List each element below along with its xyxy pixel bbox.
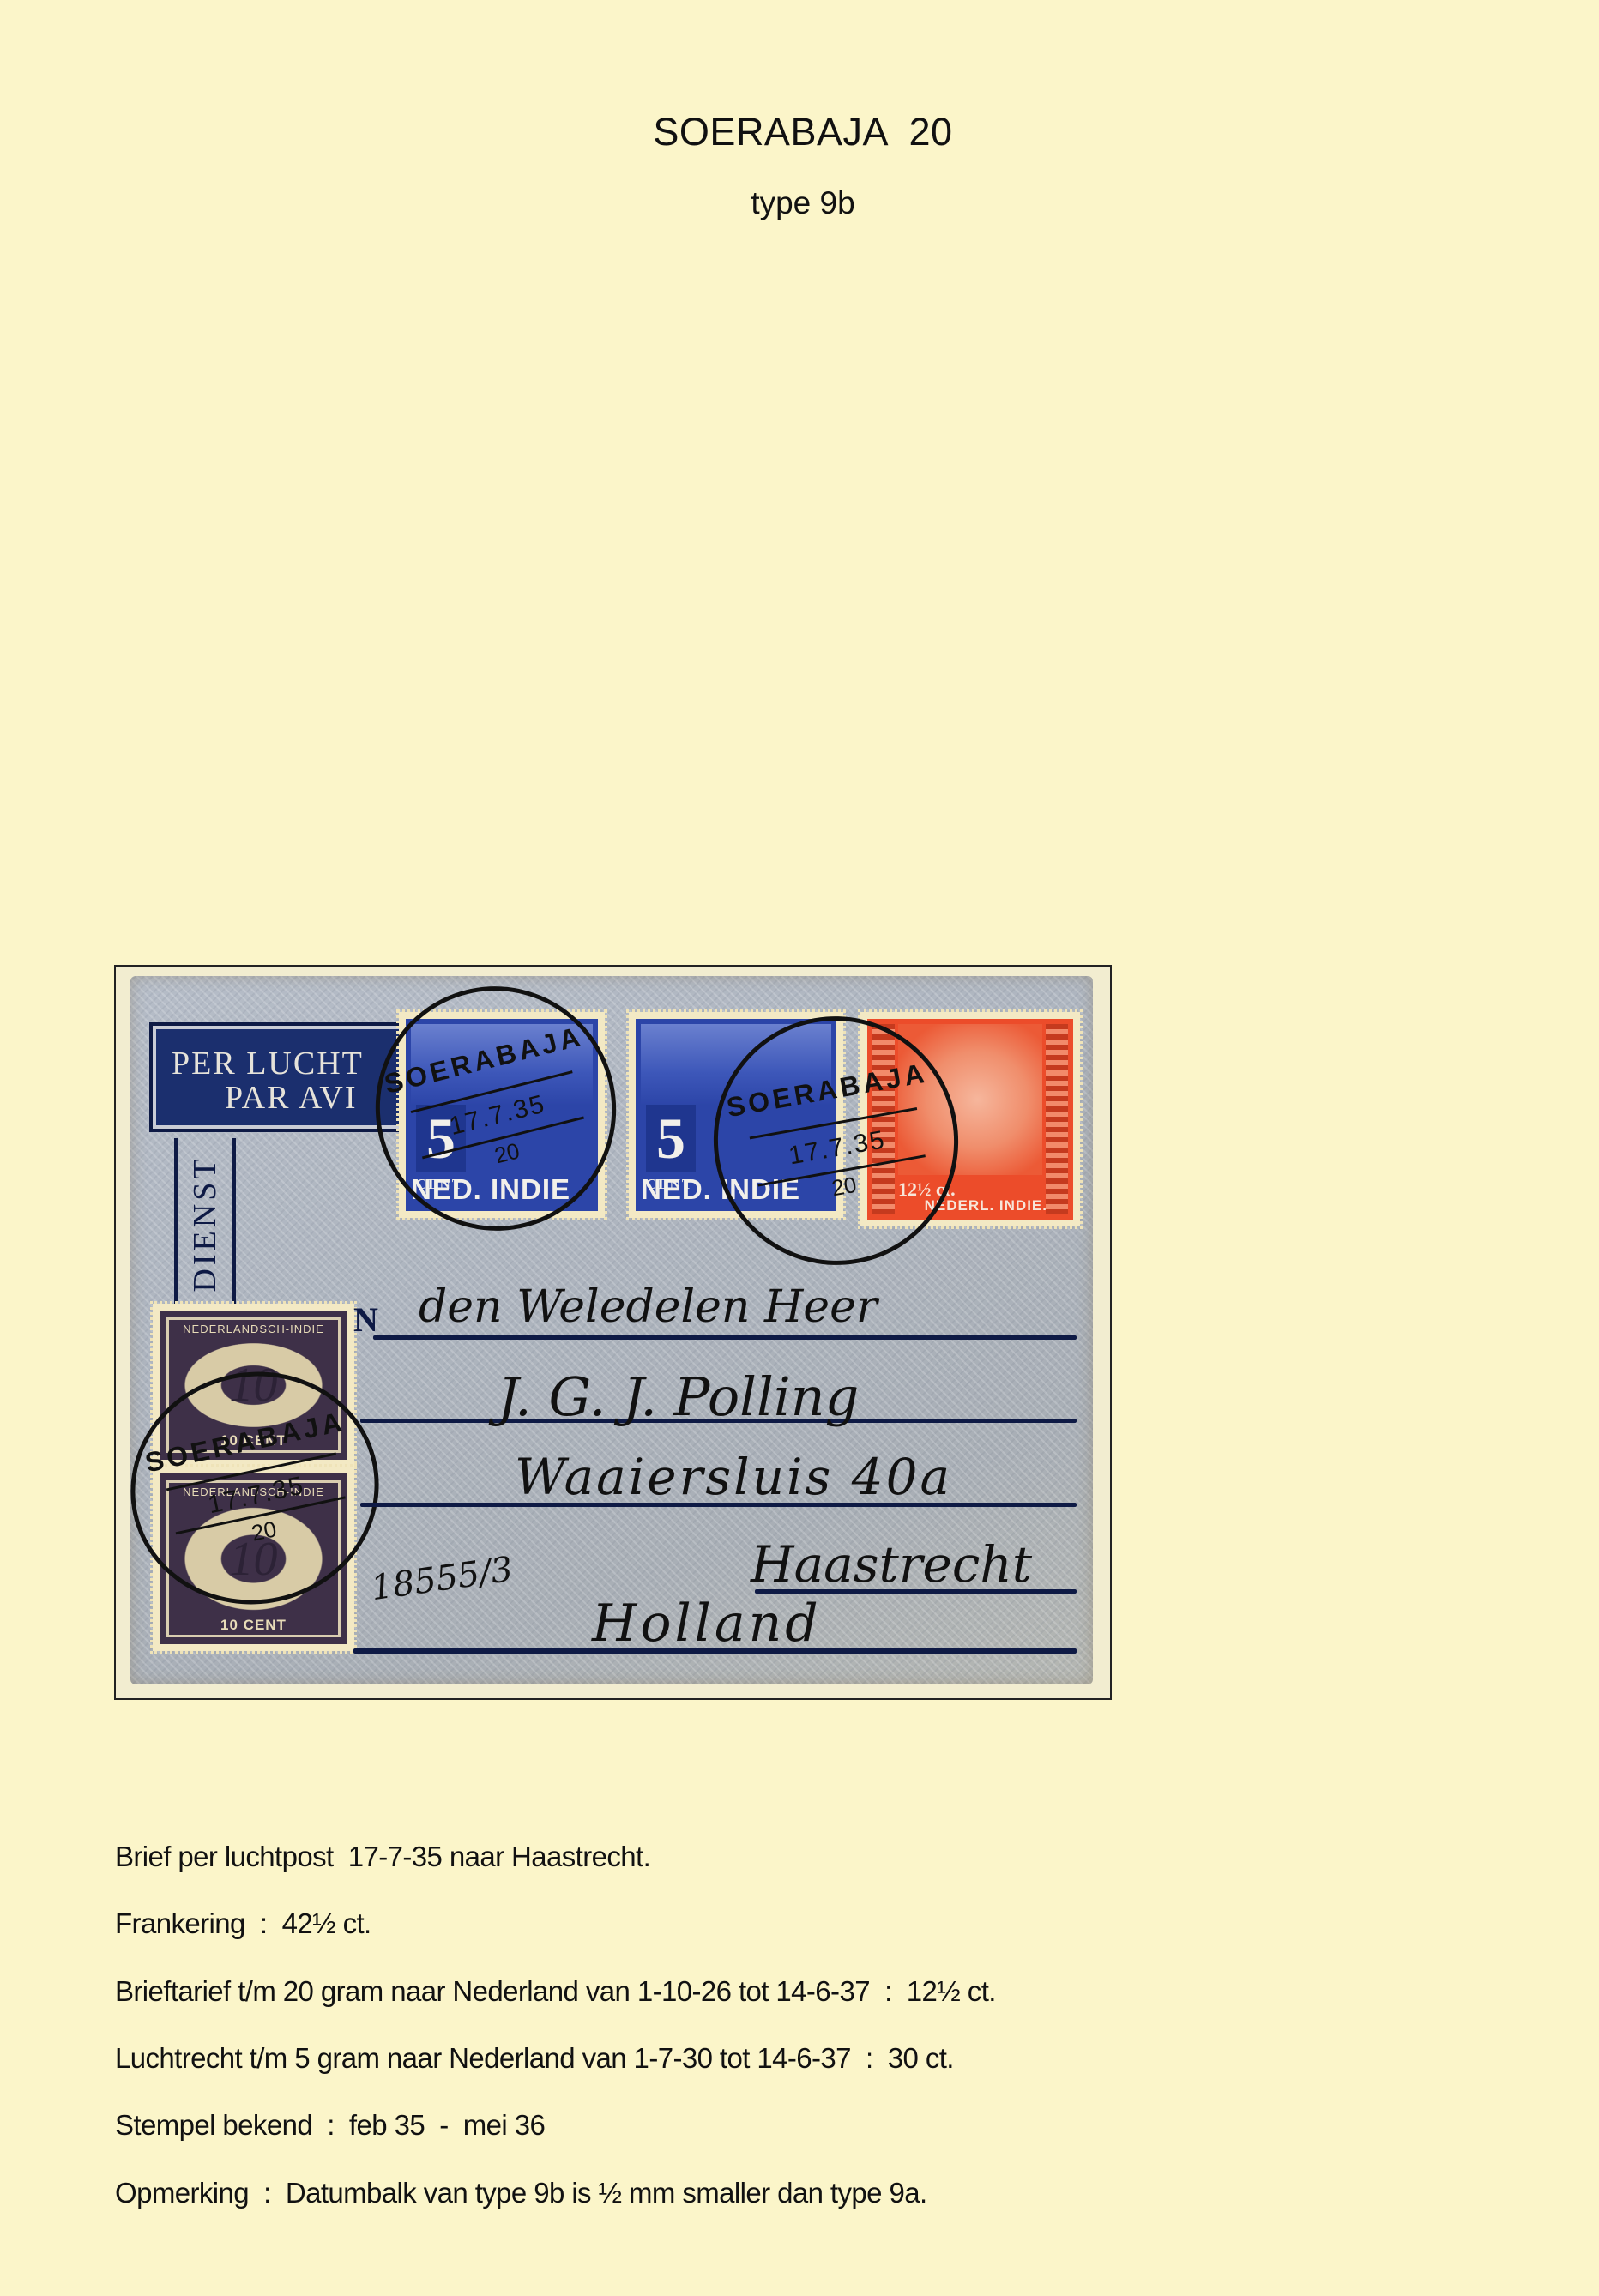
description-line: Brieftarief t/m 20 gram naar Nederland v… xyxy=(115,1975,996,2008)
address-line-country: Holland xyxy=(592,1594,822,1654)
address-line-street: Waaiersluis 40a xyxy=(515,1448,952,1506)
address-prefix: N xyxy=(353,1299,378,1340)
stamp-value: 5 xyxy=(416,1105,466,1172)
address-line-city: Haastrecht xyxy=(751,1535,1032,1594)
description-line: Opmerking : Datumbalk van type 9b is ½ m… xyxy=(115,2177,927,2209)
stamp-value: 10 xyxy=(160,1358,347,1413)
stamp-10-cent-1: NEDERLANDSCH-INDIE 10 10 CENT xyxy=(153,1304,354,1467)
stamp-country: NEDERLANDSCH-INDIE xyxy=(160,1485,347,1498)
stamp-country: NEDERL. INDIE. xyxy=(902,1197,1047,1214)
stamp-value: 5 xyxy=(646,1105,696,1172)
stamp-queen-portrait: 12½ ct. NEDERL. INDIE. xyxy=(860,1012,1080,1226)
dienst-label: DIENST xyxy=(174,1138,236,1310)
description-line: Frankering : 42½ ct. xyxy=(115,1907,371,1940)
stamp-5-cent-1: 5 CENT NED. INDIE xyxy=(399,1012,605,1218)
airmail-label-line1: PER LUCHT xyxy=(172,1045,364,1082)
description-line: Luchtrecht t/m 5 gram naar Nederland van… xyxy=(115,2042,954,2075)
stamp-country: NEDERLANDSCH-INDIE xyxy=(160,1323,347,1335)
stamp-unit: 10 CENT xyxy=(160,1432,347,1449)
page-subtitle: type 9b xyxy=(0,185,1599,221)
address-line-salutation: den Weledelen Heer xyxy=(419,1281,878,1333)
stamp-value: 10 xyxy=(160,1532,347,1587)
description-line: Stempel bekend : feb 35 - mei 36 xyxy=(115,2109,545,2142)
stamp-country: NED. INDIE xyxy=(411,1173,593,1206)
address-rule xyxy=(373,1335,1077,1340)
page-title: SOERABAJA 20 xyxy=(0,110,1599,154)
stamp-unit: 10 CENT xyxy=(160,1617,347,1634)
stamp-10-cent-2: NEDERLANDSCH-INDIE 10 10 CENT xyxy=(153,1467,354,1651)
stamp-5-cent-2: 5 CENT NED. INDIE xyxy=(629,1012,843,1218)
airmail-label: PER LUCHT PAR AVI xyxy=(149,1022,407,1132)
queen-portrait-image xyxy=(898,1024,1042,1175)
stamp-border-ornament xyxy=(1046,1024,1068,1214)
address-line-name: J. G. J. Polling xyxy=(498,1365,859,1428)
stamp-border-ornament xyxy=(872,1024,895,1214)
airmail-label-line2: PAR AVI xyxy=(225,1079,357,1117)
stamp-country: NED. INDIE xyxy=(641,1173,831,1206)
stamp-scene-image xyxy=(411,1024,593,1106)
stamp-scene-image xyxy=(641,1024,831,1106)
dienst-label-text: DIENST xyxy=(186,1155,224,1292)
description-line: Brief per luchtpost 17-7-35 naar Haastre… xyxy=(115,1841,650,1873)
